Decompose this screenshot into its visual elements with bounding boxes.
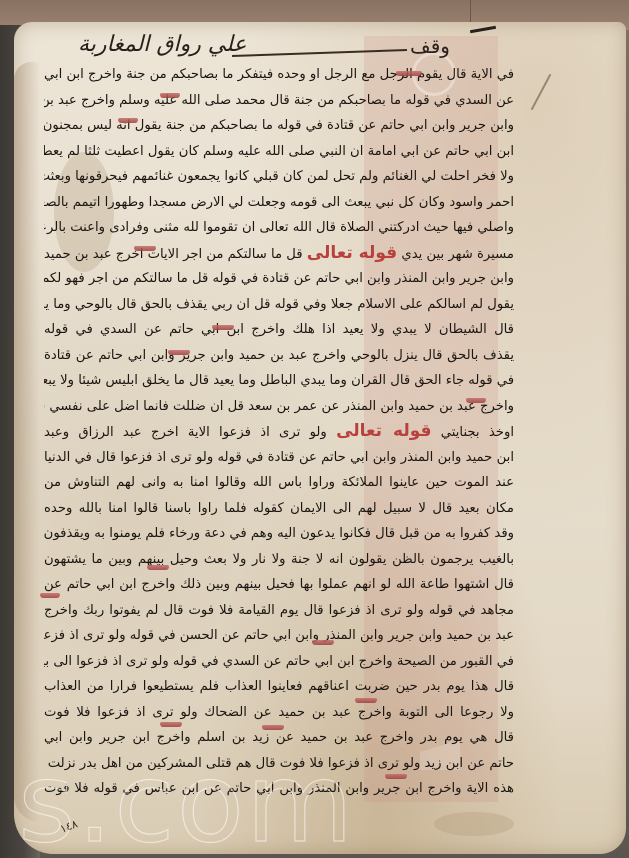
text-line: عند الموت حين عاينوا الملائكة وراوا باس … — [44, 470, 514, 496]
line-rest: ولو ترى اذ فزعوا الاية اخرج عبد الرزاق و… — [44, 425, 327, 440]
text-line: في الاية قال يقوم الرجل مع الرجل او وحده… — [44, 62, 514, 88]
text-line: قال اشتهوا طاعة الله لو انهم عملوا بها ف… — [44, 572, 514, 598]
rubric-overline — [466, 398, 486, 403]
text-line: واخرج عبد بن حميد وابن المنذر عن عمر بن … — [44, 394, 514, 420]
text-line: ابن حميد وابن المنذر وابن ابي حاتم عن قت… — [44, 445, 514, 471]
paper-stain — [434, 812, 514, 836]
rubric-overline — [118, 118, 138, 123]
rubric-overline — [396, 71, 422, 76]
rubric-overline — [385, 774, 407, 779]
endowment-note: علي رواق المغاربة — [78, 32, 247, 57]
text-line: مجاهد في قوله ولو ترى اذ فزعوا قال يوم ا… — [44, 598, 514, 624]
text-line: في قوله جاء الحق قال القران وما يبدي الب… — [44, 368, 514, 394]
text-line: وابن جرير وابن ابي حاتم عن قتادة في قوله… — [44, 113, 514, 139]
line-start: مسيرة شهر بين يدي — [401, 247, 514, 262]
manuscript-scan: وقف علي رواق المغاربة في الاية قال يقوم … — [0, 0, 629, 858]
rubric-overline — [147, 565, 169, 570]
text-line: في القبور من الصيحة واخرج ابن ابي حاتم ع… — [44, 649, 514, 675]
watermark-text: s.com — [18, 748, 355, 858]
rubric-overline — [355, 698, 377, 703]
rubric-overline — [40, 593, 60, 598]
text-line-with-rubric: اوخذ بجنايتي قوله تعالى ولو ترى اذ فزعوا… — [44, 419, 514, 445]
text-line: عبد بن حميد وابن جرير وابن المنذر وابن ا… — [44, 623, 514, 649]
rubric-heading: قوله تعالى — [336, 421, 431, 441]
text-line: مكان بعيد قال لا سبيل لهم الى الايمان كق… — [44, 496, 514, 522]
text-line: وابن جرير وابن المنذر وابن ابي حاتم عن ق… — [44, 266, 514, 292]
text-line: يقذف بالحق قال ينزل بالوحي واخرج عبد بن … — [44, 343, 514, 369]
text-line-with-rubric: مسيرة شهر بين يدي قوله تعالى قل ما سالتك… — [44, 241, 514, 267]
rubric-overline — [312, 640, 334, 645]
rubric-overline — [160, 93, 180, 98]
line-start: اوخذ بجنايتي — [441, 425, 514, 440]
endowment-prefix: وقف — [410, 34, 450, 58]
text-line: يقول لم اسالكم على الاسلام جعلا وفي قوله… — [44, 292, 514, 318]
rubric-overline — [160, 722, 182, 727]
text-line: قال الشيطان لا يبدي ولا يعيد اذا هلك واخ… — [44, 317, 514, 343]
text-line: واصلي فيها حيث ادركتني الصلاة قال الله ت… — [44, 215, 514, 241]
text-line: وقد كفروا به من قبل قال فكانوا يدعون الي… — [44, 521, 514, 547]
line-rest: قل ما سالتكم من اجر الايات اخرج عبد بن ح… — [44, 247, 303, 262]
manuscript-text-block: في الاية قال يقوم الرجل مع الرجل او وحده… — [44, 62, 514, 802]
page-edge — [14, 62, 40, 822]
text-line: قال هذا يوم بدر حين ضربت اعناقهم فعاينوا… — [44, 674, 514, 700]
rubric-heading: قوله تعالى — [307, 243, 397, 263]
rubric-overline — [262, 725, 284, 730]
text-line: عن السدي في قوله ما بصاحبكم من جنة قال م… — [44, 88, 514, 114]
text-line: احمر واسود وكان كل نبي يبعث الى قومه وجع… — [44, 190, 514, 216]
rubric-overline — [212, 325, 234, 330]
rubric-overline — [134, 246, 156, 251]
rubric-overline — [168, 350, 190, 355]
text-line: بالغيب يرجمون بالظن يقولون انه لا جنة ول… — [44, 547, 514, 573]
text-line: ولا فخر احلت لي الغنائم ولم تحل لمن كان … — [44, 164, 514, 190]
text-line: ولا رجوعا الى التوبة واخرج عبد بن حميد ع… — [44, 700, 514, 726]
text-line: ابن ابي حاتم عن ابي امامة ان النبي صلى ا… — [44, 139, 514, 165]
